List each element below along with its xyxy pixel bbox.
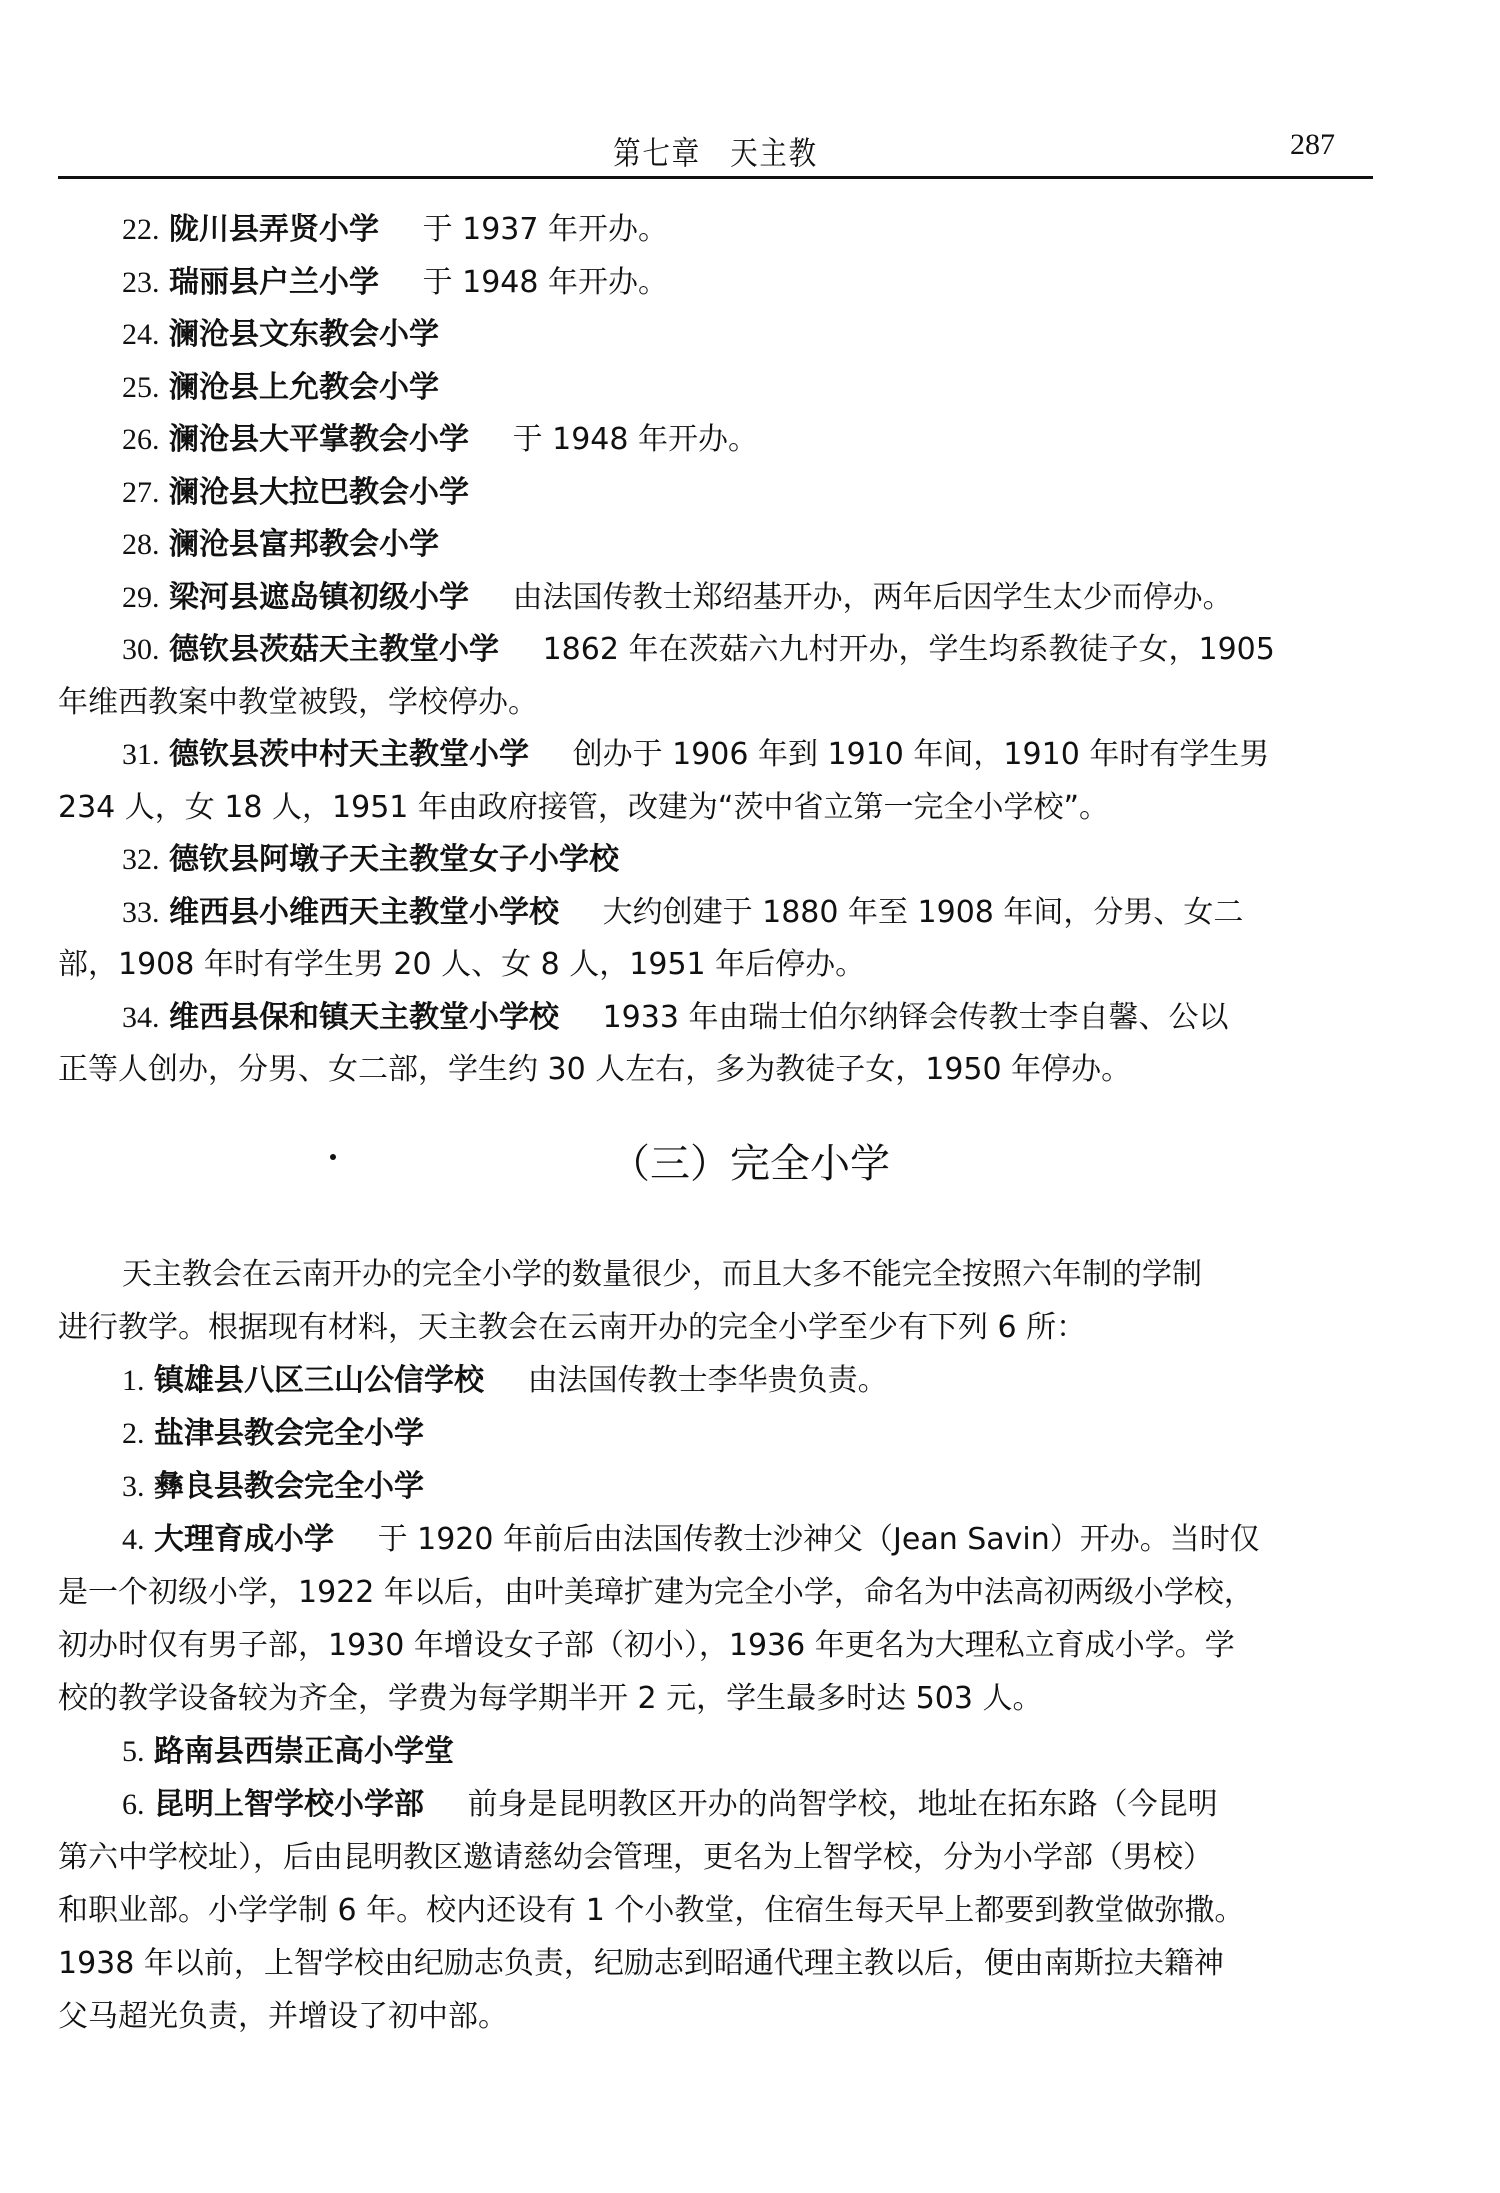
school-name: 德钦县茨中村天主教堂小学 bbox=[169, 737, 529, 772]
list-item: 29. 梁河县遮岛镇初级小学 由法国传教士郑绍基开办，两年后因学生太少而停办。 bbox=[58, 572, 1373, 625]
list-item: 4. 大理育成小学 于 1920 年前后由法国传教士沙神父（Jean Savin… bbox=[58, 1513, 1373, 1566]
description-continuation: 初办时仅有男子部，1930 年增设女子部（初小），1936 年更名为大理私立育成… bbox=[58, 1619, 1373, 1672]
school-name: 德钦县阿墩子天主教堂女子小学校 bbox=[169, 842, 619, 877]
description-continuation: 校的教学设备较为齐全，学费为每学期半开 2 元，学生最多时达 503 人。 bbox=[58, 1672, 1373, 1725]
list-item: 22. 陇川县弄贤小学 于 1937 年开办。 bbox=[58, 204, 1373, 257]
description-continuation: 年维西教案中教堂被毁，学校停办。 bbox=[58, 677, 1373, 730]
list-item: 33. 维西县小维西天主教堂小学校 大约创建于 1880 年至 1908 年间，… bbox=[58, 887, 1373, 940]
list-item: 1. 镇雄县八区三山公信学校 由法国传教士李华贵负责。 bbox=[58, 1354, 1373, 1407]
school-name: 镇雄县八区三山公信学校 bbox=[154, 1363, 484, 1398]
school-name: 昆明上智学校小学部 bbox=[154, 1787, 424, 1822]
item-number: 26. bbox=[122, 423, 160, 456]
list-item: 32. 德钦县阿墩子天主教堂女子小学校 bbox=[58, 834, 1373, 887]
school-name: 陇川县弄贤小学 bbox=[169, 212, 379, 247]
list-item: 5. 路南县西崇正高小学堂 bbox=[58, 1725, 1373, 1778]
school-name: 大理育成小学 bbox=[154, 1522, 334, 1557]
school-name: 澜沧县文东教会小学 bbox=[169, 317, 439, 352]
item-number: 30. bbox=[122, 633, 160, 666]
item-number: 2. bbox=[122, 1417, 145, 1450]
description-continuation: 和职业部。小学学制 6 年。校内还设有 1 个小教堂，住宿生每天早上都要到教堂做… bbox=[58, 1884, 1373, 1937]
chapter-title: 第七章 天主教 bbox=[150, 128, 1281, 174]
description-continuation: 正等人创办，分男、女二部，学生约 30 人左右，多为教徒子女，1950 年停办。 bbox=[58, 1044, 1373, 1097]
item-number: 3. bbox=[122, 1470, 145, 1503]
school-name: 盐津县教会完全小学 bbox=[154, 1416, 424, 1451]
school-name: 澜沧县富邦教会小学 bbox=[169, 527, 439, 562]
list-item: 6. 昆明上智学校小学部 前身是昆明教区开办的尚智学校，地址在拓东路（今昆明 bbox=[58, 1778, 1373, 1831]
list-item: 30. 德钦县茨菇天主教堂小学 1862 年在茨菇六九村开办，学生均系教徒子女，… bbox=[58, 624, 1373, 677]
list-item: 34. 维西县保和镇天主教堂小学校 1933 年由瑞士伯尔纳铎会传教士李自馨、公… bbox=[58, 992, 1373, 1045]
description-continuation: 是一个初级小学，1922 年以后，由叶美璋扩建为完全小学，命名为中法高初两级小学… bbox=[58, 1566, 1373, 1619]
intro-paragraph-line: 天主教会在云南开办的完全小学的数量很少，而且大多不能完全按照六年制的学制 bbox=[58, 1248, 1373, 1301]
stray-dot-mark bbox=[330, 1154, 336, 1160]
description-continuation: 1938 年以前，上智学校由纪励志负责，纪励志到昭通代理主教以后，便由南斯拉夫籍… bbox=[58, 1937, 1373, 1990]
item-number: 33. bbox=[122, 896, 160, 929]
complete-primary-section: 天主教会在云南开办的完全小学的数量很少，而且大多不能完全按照六年制的学制 进行教… bbox=[58, 1248, 1373, 2043]
description-continuation: 部，1908 年时有学生男 20 人、女 8 人，1951 年后停办。 bbox=[58, 939, 1373, 992]
item-number: 34. bbox=[122, 1001, 160, 1034]
item-number: 23. bbox=[122, 266, 160, 299]
running-header: 第七章 天主教 287 bbox=[58, 118, 1373, 180]
description-continuation: 234 人，女 18 人，1951 年由政府接管，改建为“茨中省立第一完全小学校… bbox=[58, 782, 1373, 835]
school-description: 于 1948 年开办。 bbox=[513, 422, 758, 457]
list-item: 25. 澜沧县上允教会小学 bbox=[58, 362, 1373, 415]
school-description: 大约创建于 1880 年至 1908 年间，分男、女二 bbox=[603, 895, 1244, 930]
list-item: 26. 澜沧县大平掌教会小学 于 1948 年开办。 bbox=[58, 414, 1373, 467]
list-item: 3. 彝良县教会完全小学 bbox=[58, 1460, 1373, 1513]
item-number: 28. bbox=[122, 528, 160, 561]
list-item: 27. 澜沧县大拉巴教会小学 bbox=[58, 467, 1373, 520]
page-number: 287 bbox=[1290, 128, 1335, 162]
intro-paragraph-line: 进行教学。根据现有材料，天主教会在云南开办的完全小学至少有下列 6 所： bbox=[58, 1301, 1373, 1354]
school-description: 1933 年由瑞士伯尔纳铎会传教士李自馨、公以 bbox=[603, 1000, 1229, 1035]
item-number: 6. bbox=[122, 1788, 145, 1821]
school-name: 梁河县遮岛镇初级小学 bbox=[169, 580, 469, 615]
description-continuation: 父马超光负责，并增设了初中部。 bbox=[58, 1990, 1373, 2043]
list-item: 23. 瑞丽县户兰小学 于 1948 年开办。 bbox=[58, 257, 1373, 310]
item-number: 1. bbox=[122, 1364, 145, 1397]
school-list-part1: 22. 陇川县弄贤小学 于 1937 年开办。 23. 瑞丽县户兰小学 于 19… bbox=[58, 204, 1373, 1097]
item-number: 29. bbox=[122, 581, 160, 614]
school-description: 于 1937 年开办。 bbox=[423, 212, 668, 247]
section-heading-text: （三）完全小学 bbox=[610, 1141, 890, 1187]
school-name: 澜沧县上允教会小学 bbox=[169, 370, 439, 405]
section-heading: （三）完全小学 bbox=[0, 1132, 1500, 1189]
school-description: 由法国传教士郑绍基开办，两年后因学生太少而停办。 bbox=[513, 580, 1233, 615]
school-description: 于 1948 年开办。 bbox=[423, 265, 668, 300]
school-description: 前身是昆明教区开办的尚智学校，地址在拓东路（今昆明 bbox=[468, 1787, 1218, 1822]
school-name: 澜沧县大拉巴教会小学 bbox=[169, 475, 469, 510]
item-number: 27. bbox=[122, 476, 160, 509]
description-continuation: 第六中学校址），后由昆明教区邀请慈幼会管理，更名为上智学校，分为小学部（男校） bbox=[58, 1831, 1373, 1884]
item-number: 24. bbox=[122, 318, 160, 351]
school-name: 德钦县茨菇天主教堂小学 bbox=[169, 632, 499, 667]
item-number: 31. bbox=[122, 738, 160, 771]
school-name: 澜沧县大平掌教会小学 bbox=[169, 422, 469, 457]
list-item: 28. 澜沧县富邦教会小学 bbox=[58, 519, 1373, 572]
list-item: 2. 盐津县教会完全小学 bbox=[58, 1407, 1373, 1460]
school-name: 维西县保和镇天主教堂小学校 bbox=[169, 1000, 559, 1035]
school-name: 维西县小维西天主教堂小学校 bbox=[169, 895, 559, 930]
list-item: 24. 澜沧县文东教会小学 bbox=[58, 309, 1373, 362]
school-name: 路南县西崇正高小学堂 bbox=[154, 1734, 454, 1769]
school-description: 由法国传教士李华贵负责。 bbox=[528, 1363, 888, 1398]
school-name: 瑞丽县户兰小学 bbox=[169, 265, 379, 300]
item-number: 25. bbox=[122, 371, 160, 404]
school-description: 创办于 1906 年到 1910 年间，1910 年时有学生男 bbox=[573, 737, 1270, 772]
school-description: 于 1920 年前后由法国传教士沙神父（Jean Savin）开办。当时仅 bbox=[378, 1522, 1260, 1557]
item-number: 32. bbox=[122, 843, 160, 876]
school-description: 1862 年在茨菇六九村开办，学生均系教徒子女，1905 bbox=[543, 632, 1275, 667]
item-number: 5. bbox=[122, 1735, 145, 1768]
school-name: 彝良县教会完全小学 bbox=[154, 1469, 424, 1504]
item-number: 4. bbox=[122, 1523, 145, 1556]
list-item: 31. 德钦县茨中村天主教堂小学 创办于 1906 年到 1910 年间，191… bbox=[58, 729, 1373, 782]
item-number: 22. bbox=[122, 213, 160, 246]
header-rule bbox=[58, 176, 1373, 179]
